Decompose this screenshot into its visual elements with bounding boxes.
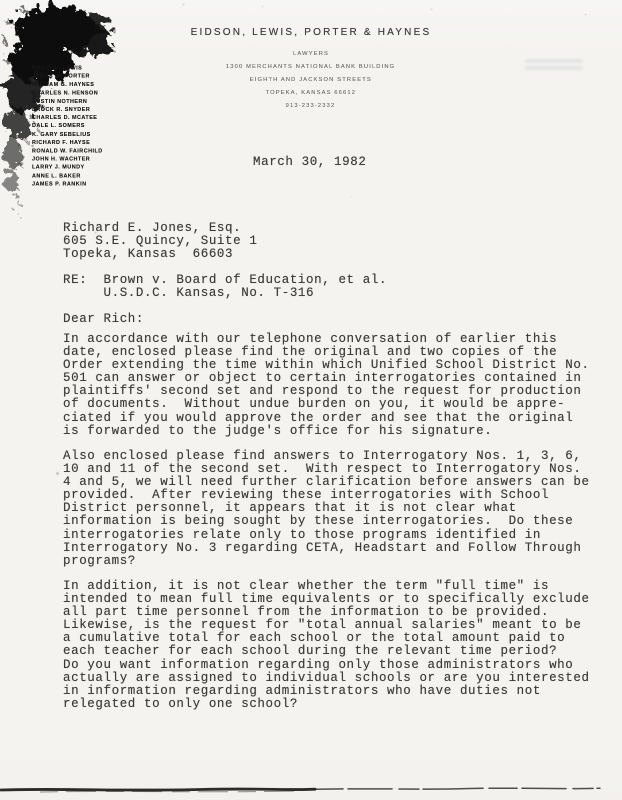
attorney-list: PHILIP H. LEWIS JAMES W. PORTER WILLIAM … — [32, 64, 136, 247]
salutation: Dear Rich: — [63, 313, 144, 326]
faint-stamp — [525, 56, 583, 76]
letter-page: EIDSON, LEWIS, PORTER & HAYNES LAWYERS 1… — [0, 0, 622, 800]
paragraph-1: In accordance with our telephone convers… — [63, 333, 590, 438]
letter-date: March 30, 1982 — [253, 156, 366, 169]
scan-noise — [0, 0, 1, 1]
recipient-address: Richard E. Jones, Esq. 605 S.E. Quincy, … — [63, 222, 257, 261]
bottom-scan-edge — [0, 782, 622, 796]
red-speck — [56, 472, 59, 475]
paragraph-3: In addition, it is not clear whether the… — [63, 580, 590, 711]
paragraph-2: Also enclosed please find answers to Int… — [63, 450, 590, 568]
re-line: RE: Brown v. Board of Education, et al. … — [63, 274, 387, 300]
firm-name: EIDSON, LEWIS, PORTER & HAYNES — [0, 27, 622, 38]
